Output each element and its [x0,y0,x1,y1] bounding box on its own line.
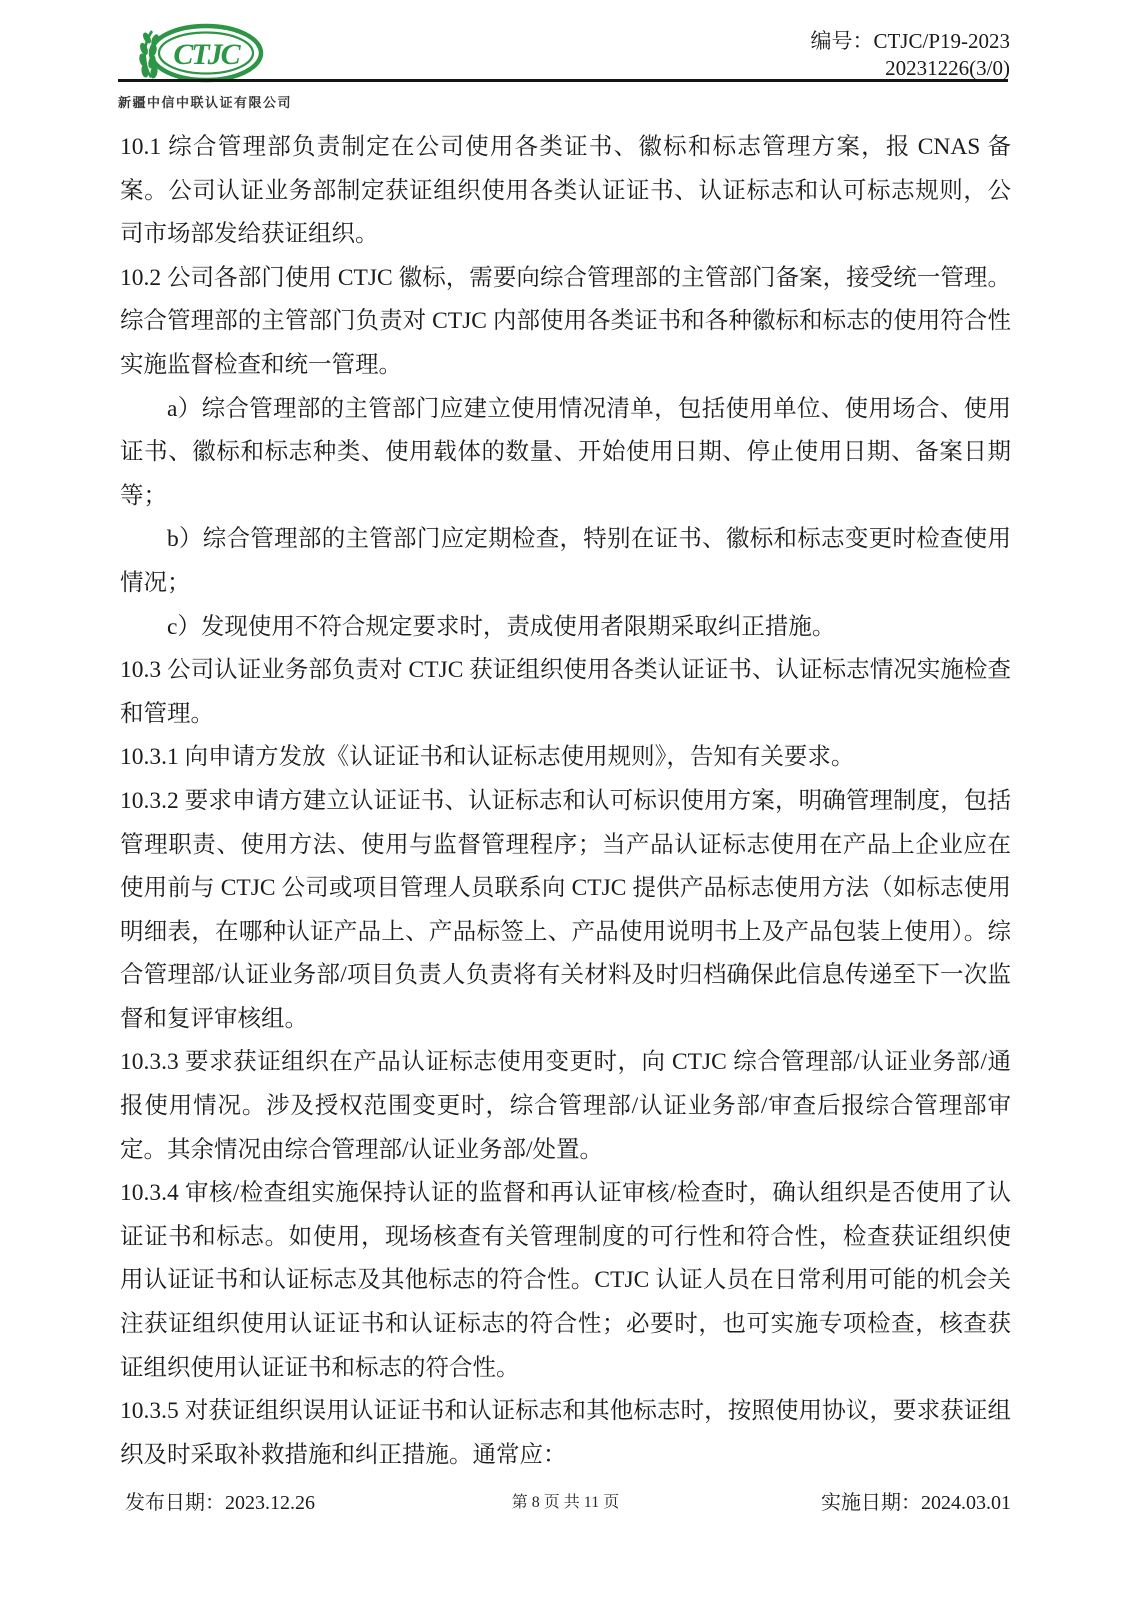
paragraph: 10.3.2 要求申请方建立认证证书、认证标志和认可标识使用方案，明确管理制度，… [120,780,1011,1042]
document-number: 编号：CTJC/P19-2023 [810,28,1010,55]
release-date: 发布日期：2023.12.26 [125,1486,315,1515]
company-name: 新疆中信中联认证有限公司 [118,92,292,111]
document-page: CTJC 新疆中信中联认证有限公司 编号：CTJC/P19-2023 20231… [0,0,1131,1600]
paragraph: a）综合管理部的主管部门应建立使用情况清单，包括使用单位、使用场合、使用证书、徽… [120,388,1011,519]
paragraph: 10.3.3 要求获证组织在产品认证标志使用变更时，向 CTJC 综合管理部/认… [120,1041,1011,1172]
paragraph: b）综合管理部的主管部门应定期检查，特别在证书、徽标和标志变更时检查使用情况； [120,518,1011,605]
ctjc-logo-icon: CTJC [114,22,269,86]
paragraph: 10.3.4 审核/检查组实施保持认证的监督和再认证审核/检查时，确认组织是否使… [120,1172,1011,1390]
paragraph: 10.3.5 对获证组织误用认证证书和认证标志和其他标志时，按照使用协议，要求获… [120,1390,1011,1477]
page-indicator: 第 8 页 共 11 页 [512,1489,619,1512]
page-footer: 发布日期：2023.12.26 第 8 页 共 11 页 实施日期：2024.0… [120,1486,1011,1516]
logo-text: CTJC [173,38,241,71]
paragraph: c）发现使用不符合规定要求时，责成使用者限期采取纠正措施。 [120,606,1011,650]
paragraph: 10.3 公司认证业务部负责对 CTJC 获证组织使用各类认证证书、认证标志情况… [120,649,1011,736]
document-body: 10.1 综合管理部负责制定在公司使用各类证书、徽标和标志管理方案，报 CNAS… [120,126,1011,1477]
paragraph: 10.1 综合管理部负责制定在公司使用各类证书、徽标和标志管理方案，报 CNAS… [120,126,1011,257]
paragraph: 10.2 公司各部门使用 CTJC 徽标，需要向综合管理部的主管部门备案，接受统… [120,257,1011,388]
document-number-block: 编号：CTJC/P19-2023 20231226(3/0) [810,28,1010,82]
document-revision: 20231226(3/0) [810,55,1010,82]
implementation-date: 实施日期：2024.03.01 [821,1486,1011,1515]
paragraph: 10.3.1 向申请方发放《认证证书和认证标志使用规则》，告知有关要求。 [120,736,1011,780]
